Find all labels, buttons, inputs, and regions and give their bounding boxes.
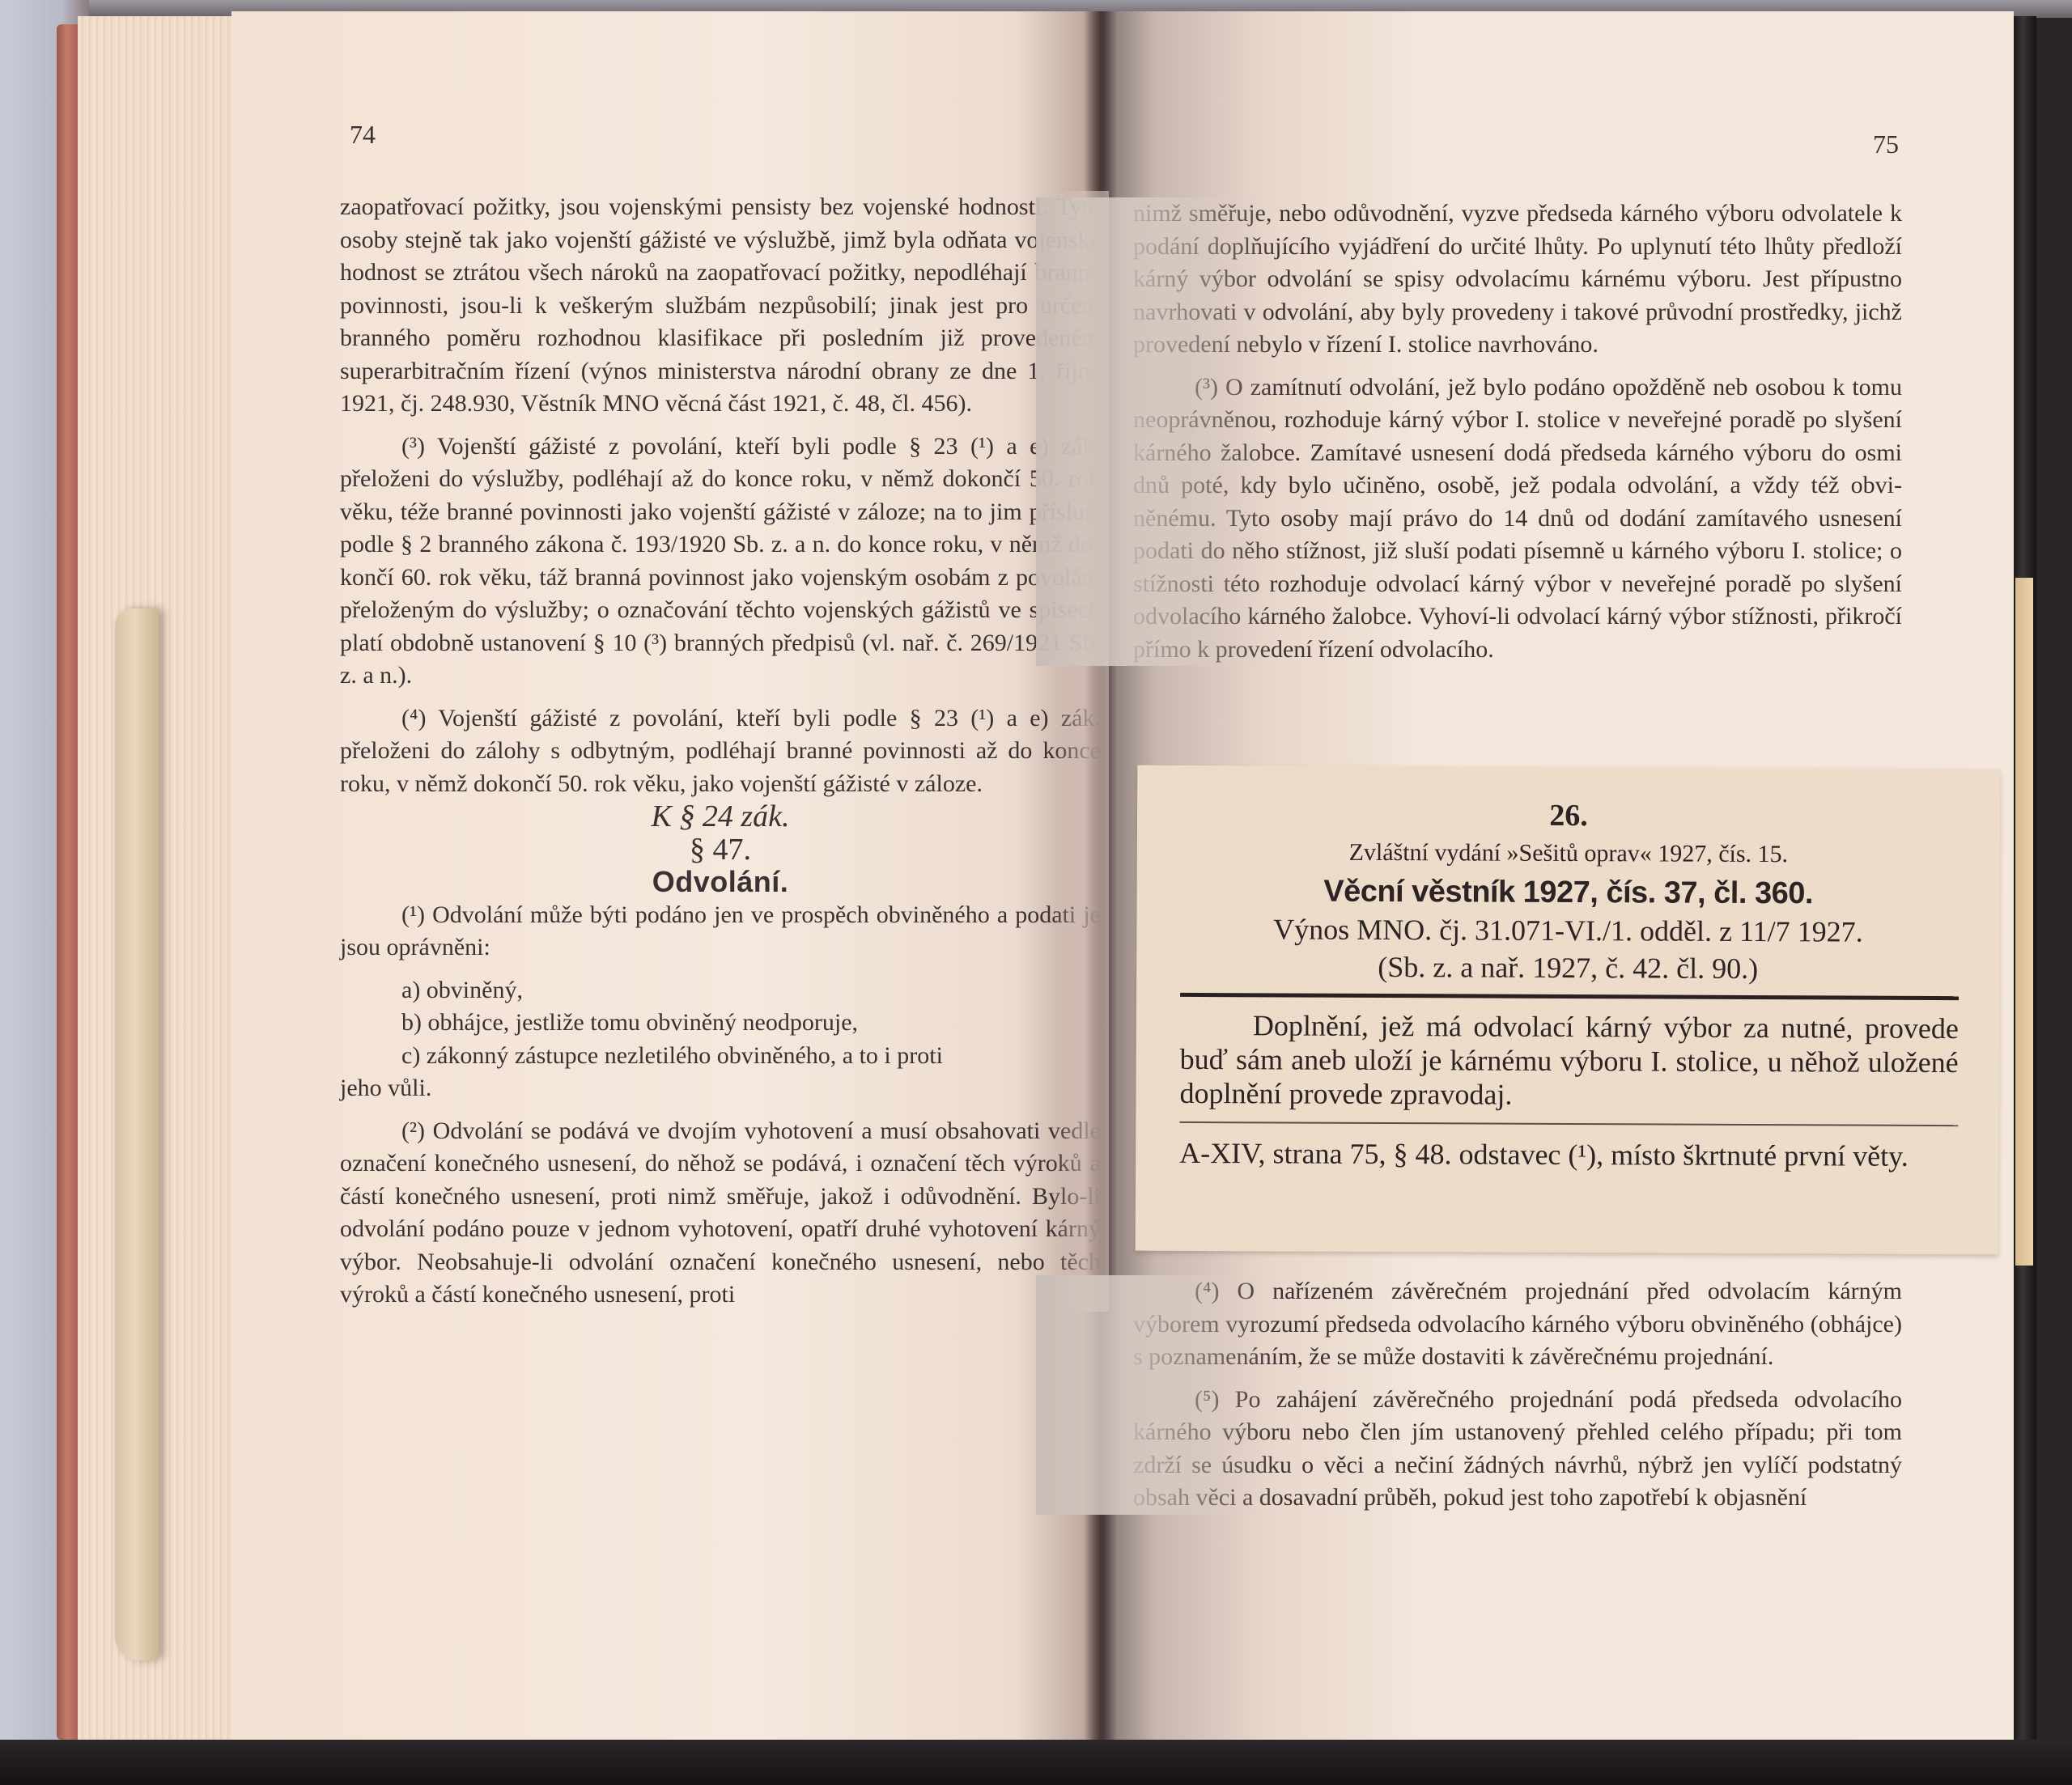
right-page-text-bottom: (⁴) O nařízeném závěrečném projednání př… xyxy=(1133,1275,1902,1515)
list-item: c) zákonný zástupce nezletilého obviněné… xyxy=(340,1040,1101,1073)
slip-divider-thick xyxy=(1180,993,1959,1000)
list-item: a) obviněný, xyxy=(340,974,1101,1007)
page-number-right: 75 xyxy=(1873,129,1899,159)
left-page-text: zaopatřovací požitky, jsou vojenskými pe… xyxy=(340,191,1101,1312)
paragraph: (²) Odvolání se podává ve dvojím vyhotov… xyxy=(340,1115,1101,1312)
slip-bulletin: Věcní věstník 1927, čís. 37, čl. 360. xyxy=(1137,874,2000,913)
paragraph: zaopatřovací požitky, jsou vojenskými pe… xyxy=(340,191,1101,421)
paragraph: (³) O zamítnutí odvolání, jež bylo podán… xyxy=(1133,371,1902,667)
slip-number: 26. xyxy=(1137,796,2000,836)
section-reference: K § 24 zák. xyxy=(340,800,1101,833)
correction-slip: 26. Zvláštní vydání »Sešitů oprav« 1927,… xyxy=(1136,765,2001,1255)
paragraph: (⁴) O nařízeném závěrečném projednání př… xyxy=(1133,1275,1902,1374)
section-number: § 47. xyxy=(340,833,1101,867)
paper-tab xyxy=(2015,578,2033,1266)
slip-collection: (Sb. z. a nař. 1927, č. 42. čl. 90.) xyxy=(1136,949,1999,987)
slip-divider-thin xyxy=(1179,1121,1958,1126)
background-bottom xyxy=(0,1740,2072,1785)
paragraph: (¹) Odvolání může býti podáno jen ve pro… xyxy=(340,899,1101,965)
paragraph: (⁵) Po zahájení závěrečného projednání p… xyxy=(1133,1384,1902,1515)
page-number-left: 74 xyxy=(350,120,376,150)
list-item-continuation: jeho vůli. xyxy=(340,1072,1101,1105)
paragraph: (³) Vojenští gážisté z povolání, kteří b… xyxy=(340,430,1101,693)
paper-bookmark xyxy=(115,608,159,1660)
slip-reference: A-XIV, strana 75, § 48. odstavec (¹), mí… xyxy=(1179,1136,1958,1173)
slip-body: Doplnění, jež má odvolací kárný výbor za… xyxy=(1179,1008,1959,1113)
list-item: b) obhájce, jestliže tomu obviněný neodp… xyxy=(340,1007,1101,1040)
section-title: Odvolání. xyxy=(340,866,1101,899)
slip-source: Zvláštní vydání »Sešitů oprav« 1927, čís… xyxy=(1137,838,2000,870)
paragraph: nimž směřuje, nebo odůvodnění, vyzve pře… xyxy=(1133,197,1902,362)
right-page-text-top: nimž směřuje, nebo odůvodnění, vyzve pře… xyxy=(1133,197,1902,666)
slip-decree: Výnos MNO. čj. 31.071-VI./1. odděl. z 11… xyxy=(1136,912,1999,950)
paragraph: (⁴) Vojenští gážisté z povolání, kteří b… xyxy=(340,702,1101,801)
book-cover-edge xyxy=(57,24,78,1740)
